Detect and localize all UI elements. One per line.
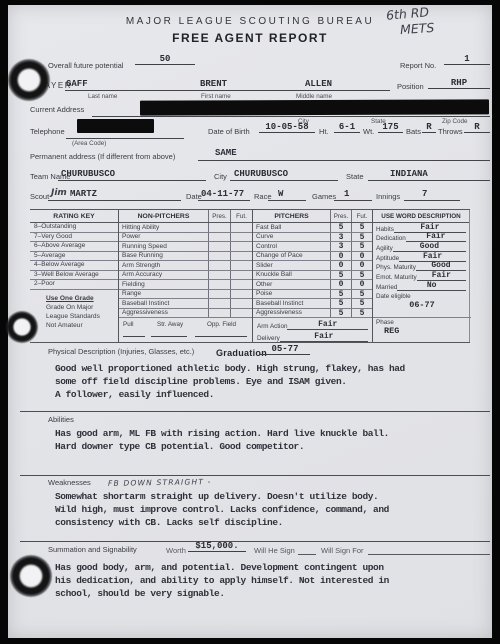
- pitch-label: Baseball Instinct: [253, 300, 330, 307]
- word-row: HabitsFair: [373, 223, 469, 233]
- weight-value: 175: [378, 122, 403, 133]
- free-agent-report-form: MAJOR LEAGUE SCOUTING BUREAU FREE AGENT …: [8, 5, 492, 638]
- word-value: Good: [416, 261, 466, 271]
- player-last-name: GAFF: [66, 79, 88, 89]
- weight-label: Wt.: [363, 127, 374, 136]
- pitchers-header: PITCHERS: [253, 213, 330, 220]
- permanent-address-value: SAME: [215, 148, 237, 158]
- table-row: Aggressiveness: [119, 309, 252, 319]
- spray-label-opposite-field: Opp. Field: [207, 321, 236, 328]
- arm-action-label: Arm Action: [257, 323, 287, 330]
- throws-label: Throws: [438, 127, 463, 136]
- team-city-value: CHURUBUSCO: [234, 169, 288, 179]
- position-label: Position: [397, 82, 424, 91]
- phase-value: REG: [376, 326, 468, 336]
- skill-label: Base Running: [119, 252, 208, 259]
- date-eligible-value: 06-77: [376, 300, 468, 310]
- fut-grade: 0: [351, 261, 372, 270]
- rating-key-item: 2–Poor: [30, 280, 118, 290]
- skill-label: Power: [119, 233, 208, 240]
- scout-label: Scout: [30, 192, 49, 201]
- team-state-label: State: [346, 172, 364, 181]
- word-value: Fair: [406, 232, 466, 242]
- height-value: 6-1: [334, 122, 360, 133]
- word-label: Habits: [376, 226, 394, 233]
- pres-cell: [208, 223, 230, 232]
- pitch-label: Knuckle Ball: [253, 271, 330, 278]
- pres-grade: 5: [330, 290, 351, 299]
- word-label: Aptitude: [376, 255, 399, 262]
- pres-header: Pres.: [208, 210, 230, 222]
- fut-header: Fut.: [351, 210, 372, 222]
- team-name-line: [58, 180, 206, 181]
- fut-grade: 5: [351, 271, 372, 280]
- rating-key-item: 3–Well Below Average: [30, 271, 118, 281]
- abilities-text: Has good arm, ML FB with rising action. …: [55, 427, 475, 453]
- table-row: Baseball Instinct: [119, 299, 252, 309]
- height-label: Ht.: [319, 127, 329, 136]
- pitch-label: Change of Pace: [253, 252, 330, 259]
- telephone-line: [66, 138, 184, 139]
- handwritten-team-note: METS: [400, 20, 435, 37]
- pres-cell: [208, 242, 230, 251]
- grading-note-line: Grade On Major: [46, 303, 100, 312]
- throws-value: R: [464, 122, 490, 133]
- report-no-label: Report No.: [400, 61, 436, 70]
- fut-cell: [230, 242, 252, 251]
- pres-cell: [208, 252, 230, 261]
- summation-label: Summation and Signability: [48, 545, 137, 554]
- rating-key-item: 5–Average: [30, 252, 118, 262]
- player-first-name: BRENT: [200, 79, 227, 89]
- rating-key-header: RATING KEY: [30, 213, 118, 220]
- non-pitchers-header: NON-PITCHERS: [119, 213, 208, 220]
- word-row: Phys. MaturityGood: [373, 262, 469, 272]
- word-row: AgilityGood: [373, 242, 469, 252]
- pres-cell: [208, 261, 230, 270]
- graduation-value: 05-77: [260, 344, 310, 355]
- fut-cell: [230, 223, 252, 232]
- punch-hole: [8, 59, 50, 101]
- permanent-address-label: Permanent address (If different from abo…: [30, 152, 175, 161]
- table-row: Fielding: [119, 280, 252, 290]
- table-row: Base Running: [119, 252, 252, 262]
- table-row: Running Speed: [119, 242, 252, 252]
- word-value: Fair: [399, 252, 466, 262]
- word-row: AptitudeFair: [373, 252, 469, 262]
- scanned-document: MAJOR LEAGUE SCOUTING BUREAU FREE AGENT …: [0, 0, 500, 644]
- will-sign-for-blank: [368, 554, 490, 555]
- table-row: Control35: [253, 242, 372, 252]
- fut-grade: 5: [351, 242, 372, 251]
- will-sign-for-label: Will Sign For: [321, 546, 364, 555]
- pres-cell: [208, 309, 230, 318]
- abilities-label: Abilities: [48, 415, 74, 424]
- fut-grade: 5: [351, 223, 372, 232]
- date-line: [198, 200, 250, 201]
- bats-value: R: [422, 122, 436, 133]
- pres-cell: [208, 290, 230, 299]
- pitch-label: Fast Ball: [253, 224, 330, 231]
- spray-blank-line: [195, 336, 247, 337]
- table-row: Aggressiveness55: [253, 309, 372, 319]
- weaknesses-label: Weaknesses: [48, 478, 91, 487]
- arm-action-row: Arm Action Fair: [253, 318, 372, 330]
- pres-grade: 3: [330, 233, 351, 242]
- team-state-value: INDIANA: [390, 169, 428, 179]
- punch-hole: [6, 311, 38, 343]
- rating-key-item: 8–Outstanding: [30, 223, 118, 233]
- non-pitchers-column: NON-PITCHERS Pres. Fut. Hitting Ability …: [118, 210, 252, 342]
- last-name-sublabel: Last name: [88, 93, 117, 100]
- word-description-column: USE WORD DESCRIPTION HabitsFair Dedicati…: [372, 210, 470, 342]
- team-state-line: [368, 180, 490, 181]
- rating-table: RATING KEY 8–Outstanding 7–Very Good 6–A…: [30, 209, 470, 343]
- skill-label: Arm Accuracy: [119, 271, 208, 278]
- word-row: Emot. MaturityFair: [373, 271, 469, 281]
- grading-note-line: Not Amateur: [46, 321, 100, 330]
- delivery-row: Delivery Fair: [253, 330, 372, 342]
- pres-cell: [208, 280, 230, 289]
- fut-grade: 0: [351, 280, 372, 289]
- fut-grade: 0: [351, 252, 372, 261]
- fut-grade: 5: [351, 233, 372, 242]
- player-middle-name: ALLEN: [305, 79, 332, 89]
- report-no-value: 1: [444, 54, 490, 65]
- spray-blank-line: [123, 336, 145, 337]
- delivery-label: Delivery: [257, 335, 280, 342]
- scout-first-name-handwritten: Jim: [51, 188, 67, 198]
- will-he-sign-label: Will He Sign: [254, 546, 295, 555]
- overall-potential-label: Overall future potential: [48, 61, 123, 70]
- pres-header: Pres.: [330, 210, 351, 222]
- pitch-label: Poise: [253, 290, 330, 297]
- overall-potential-value: 50: [135, 54, 195, 65]
- physical-description-text: Good well proportioned athletic body. Hi…: [55, 362, 475, 401]
- fut-cell: [230, 280, 252, 289]
- word-row: DedicationFair: [373, 233, 469, 243]
- word-row: MarriedNo: [373, 281, 469, 291]
- fut-header: Fut.: [230, 210, 252, 222]
- fut-cell: [230, 271, 252, 280]
- fut-grade: 5: [351, 290, 372, 299]
- word-label: Phys. Maturity: [376, 264, 416, 271]
- pitch-label: Aggressiveness: [253, 309, 330, 316]
- fut-cell: [230, 252, 252, 261]
- player-name-line: [65, 90, 390, 91]
- table-row: Power: [119, 233, 252, 243]
- worth-value: $15,000.: [188, 541, 246, 552]
- pres-grade: 5: [330, 223, 351, 232]
- games-line: [334, 200, 372, 201]
- skill-label: Range: [119, 290, 208, 297]
- delivery-value: Fair: [280, 332, 368, 342]
- rating-key-item: 4–Below Average: [30, 261, 118, 271]
- table-row: Knuckle Ball55: [253, 271, 372, 281]
- fut-cell: [230, 309, 252, 318]
- worth-label: Worth: [166, 546, 186, 555]
- weaknesses-text: Somewhat shortarm straight up delivery. …: [55, 490, 485, 529]
- telephone-label: Telephone: [30, 127, 65, 136]
- dob-value: 10-05-58: [259, 122, 315, 133]
- team-name-value: CHURUBUSCO: [61, 169, 115, 179]
- table-row: Poise55: [253, 290, 372, 300]
- dob-label: Date of Birth: [208, 127, 250, 136]
- arm-action-value: Fair: [287, 320, 368, 330]
- team-city-label: City: [214, 172, 227, 181]
- pres-cell: [208, 233, 230, 242]
- grading-note: Use One Grade Grade On Major League Stan…: [46, 294, 100, 330]
- will-he-sign-blank: [298, 554, 316, 555]
- skill-label: Fielding: [119, 281, 208, 288]
- word-label: Agility: [376, 245, 393, 252]
- pitch-label: Other: [253, 281, 330, 288]
- weaknesses-handwritten-note: FB DOWN STRAIGHT -: [108, 477, 212, 488]
- word-value: Fair: [417, 271, 466, 281]
- pres-grade: 5: [330, 271, 351, 280]
- skill-label: Aggressiveness: [119, 309, 208, 316]
- rating-key-column: RATING KEY 8–Outstanding 7–Very Good 6–A…: [30, 210, 118, 342]
- table-row: Other00: [253, 280, 372, 290]
- spray-label-straight-away: Str. Away: [157, 321, 183, 328]
- spray-label-pull: Pull: [123, 321, 134, 328]
- pitch-label: Control: [253, 243, 330, 250]
- current-address-label: Current Address: [30, 105, 84, 114]
- fut-grade: 5: [351, 299, 372, 308]
- pres-grade: 5: [330, 299, 351, 308]
- scout-line: [48, 200, 181, 201]
- skill-label: Arm Strength: [119, 262, 208, 269]
- middle-name-sublabel: Middle name: [296, 93, 332, 100]
- summation-text: Has good body, arm, and potential. Devel…: [55, 561, 485, 600]
- table-row: Baseball Instinct55: [253, 299, 372, 309]
- table-row: Slider00: [253, 261, 372, 271]
- word-label: Married: [376, 284, 397, 291]
- first-name-sublabel: First name: [201, 93, 231, 100]
- innings-value: 7: [422, 189, 427, 199]
- pres-grade: 3: [330, 242, 351, 251]
- innings-line: [404, 200, 460, 201]
- table-row: Range: [119, 290, 252, 300]
- fut-cell: [230, 233, 252, 242]
- pres-grade: 5: [330, 309, 351, 318]
- spray-blank-line: [151, 336, 187, 337]
- rating-key-item: 7–Very Good: [30, 233, 118, 243]
- table-row: Arm Accuracy: [119, 271, 252, 281]
- phase-label: Phase: [376, 319, 468, 326]
- rating-key-item: 6–Above Average: [30, 242, 118, 252]
- section-divider: [20, 475, 490, 476]
- date-eligible-block: Date eligible 06-77: [373, 292, 471, 318]
- pitchers-column: PITCHERS Pres. Fut. Fast Ball55 Curve35 …: [252, 210, 372, 342]
- pres-cell: [208, 299, 230, 308]
- scout-last-name: MARTZ: [70, 189, 97, 199]
- section-divider: [20, 411, 490, 412]
- table-row: Change of Pace00: [253, 252, 372, 262]
- team-city-line: [230, 180, 338, 181]
- table-row: Fast Ball55: [253, 223, 372, 233]
- pres-cell: [208, 271, 230, 280]
- grading-note-line: League Standards: [46, 312, 100, 321]
- phase-block: Phase REG: [373, 318, 471, 337]
- table-row: Hitting Ability: [119, 223, 252, 233]
- section-divider: [20, 541, 490, 542]
- pitch-label: Slider: [253, 262, 330, 269]
- pres-grade: 0: [330, 280, 351, 289]
- pitch-label: Curve: [253, 233, 330, 240]
- race-line: [268, 200, 306, 201]
- games-value: 1: [344, 189, 349, 199]
- physical-description-label: Physical Description (Injuries, Glasses,…: [48, 347, 194, 356]
- fut-cell: [230, 261, 252, 270]
- word-value: No: [397, 281, 466, 291]
- skill-label: Running Speed: [119, 243, 208, 250]
- grading-note-line: Use One Grade: [46, 294, 100, 303]
- pres-grade: 0: [330, 252, 351, 261]
- games-label: Games: [312, 192, 336, 201]
- word-value: Good: [393, 242, 466, 252]
- permanent-address-line: [198, 160, 490, 161]
- fut-cell: [230, 299, 252, 308]
- date-eligible-label: Date eligible: [376, 293, 468, 300]
- address-line: [92, 116, 490, 117]
- word-description-header: USE WORD DESCRIPTION: [373, 213, 469, 220]
- skill-label: Hitting Ability: [119, 224, 208, 231]
- date-value: 04-11-77: [201, 189, 244, 199]
- area-code-sublabel: (Area Code): [72, 140, 106, 147]
- fut-cell: [230, 290, 252, 299]
- punch-hole: [10, 555, 52, 597]
- race-value: W: [278, 189, 283, 199]
- pres-grade: 0: [330, 261, 351, 270]
- telephone-redaction-bar: [77, 119, 154, 133]
- fut-grade: 5: [351, 309, 372, 318]
- table-row: Curve35: [253, 233, 372, 243]
- position-value: RHP: [428, 78, 490, 89]
- table-row: Arm Strength: [119, 261, 252, 271]
- innings-label: Innings: [376, 192, 400, 201]
- skill-label: Baseball Instinct: [119, 300, 208, 307]
- word-value: Fair: [394, 223, 466, 233]
- bats-label: Bats: [406, 127, 421, 136]
- address-redaction-bar: [140, 99, 489, 115]
